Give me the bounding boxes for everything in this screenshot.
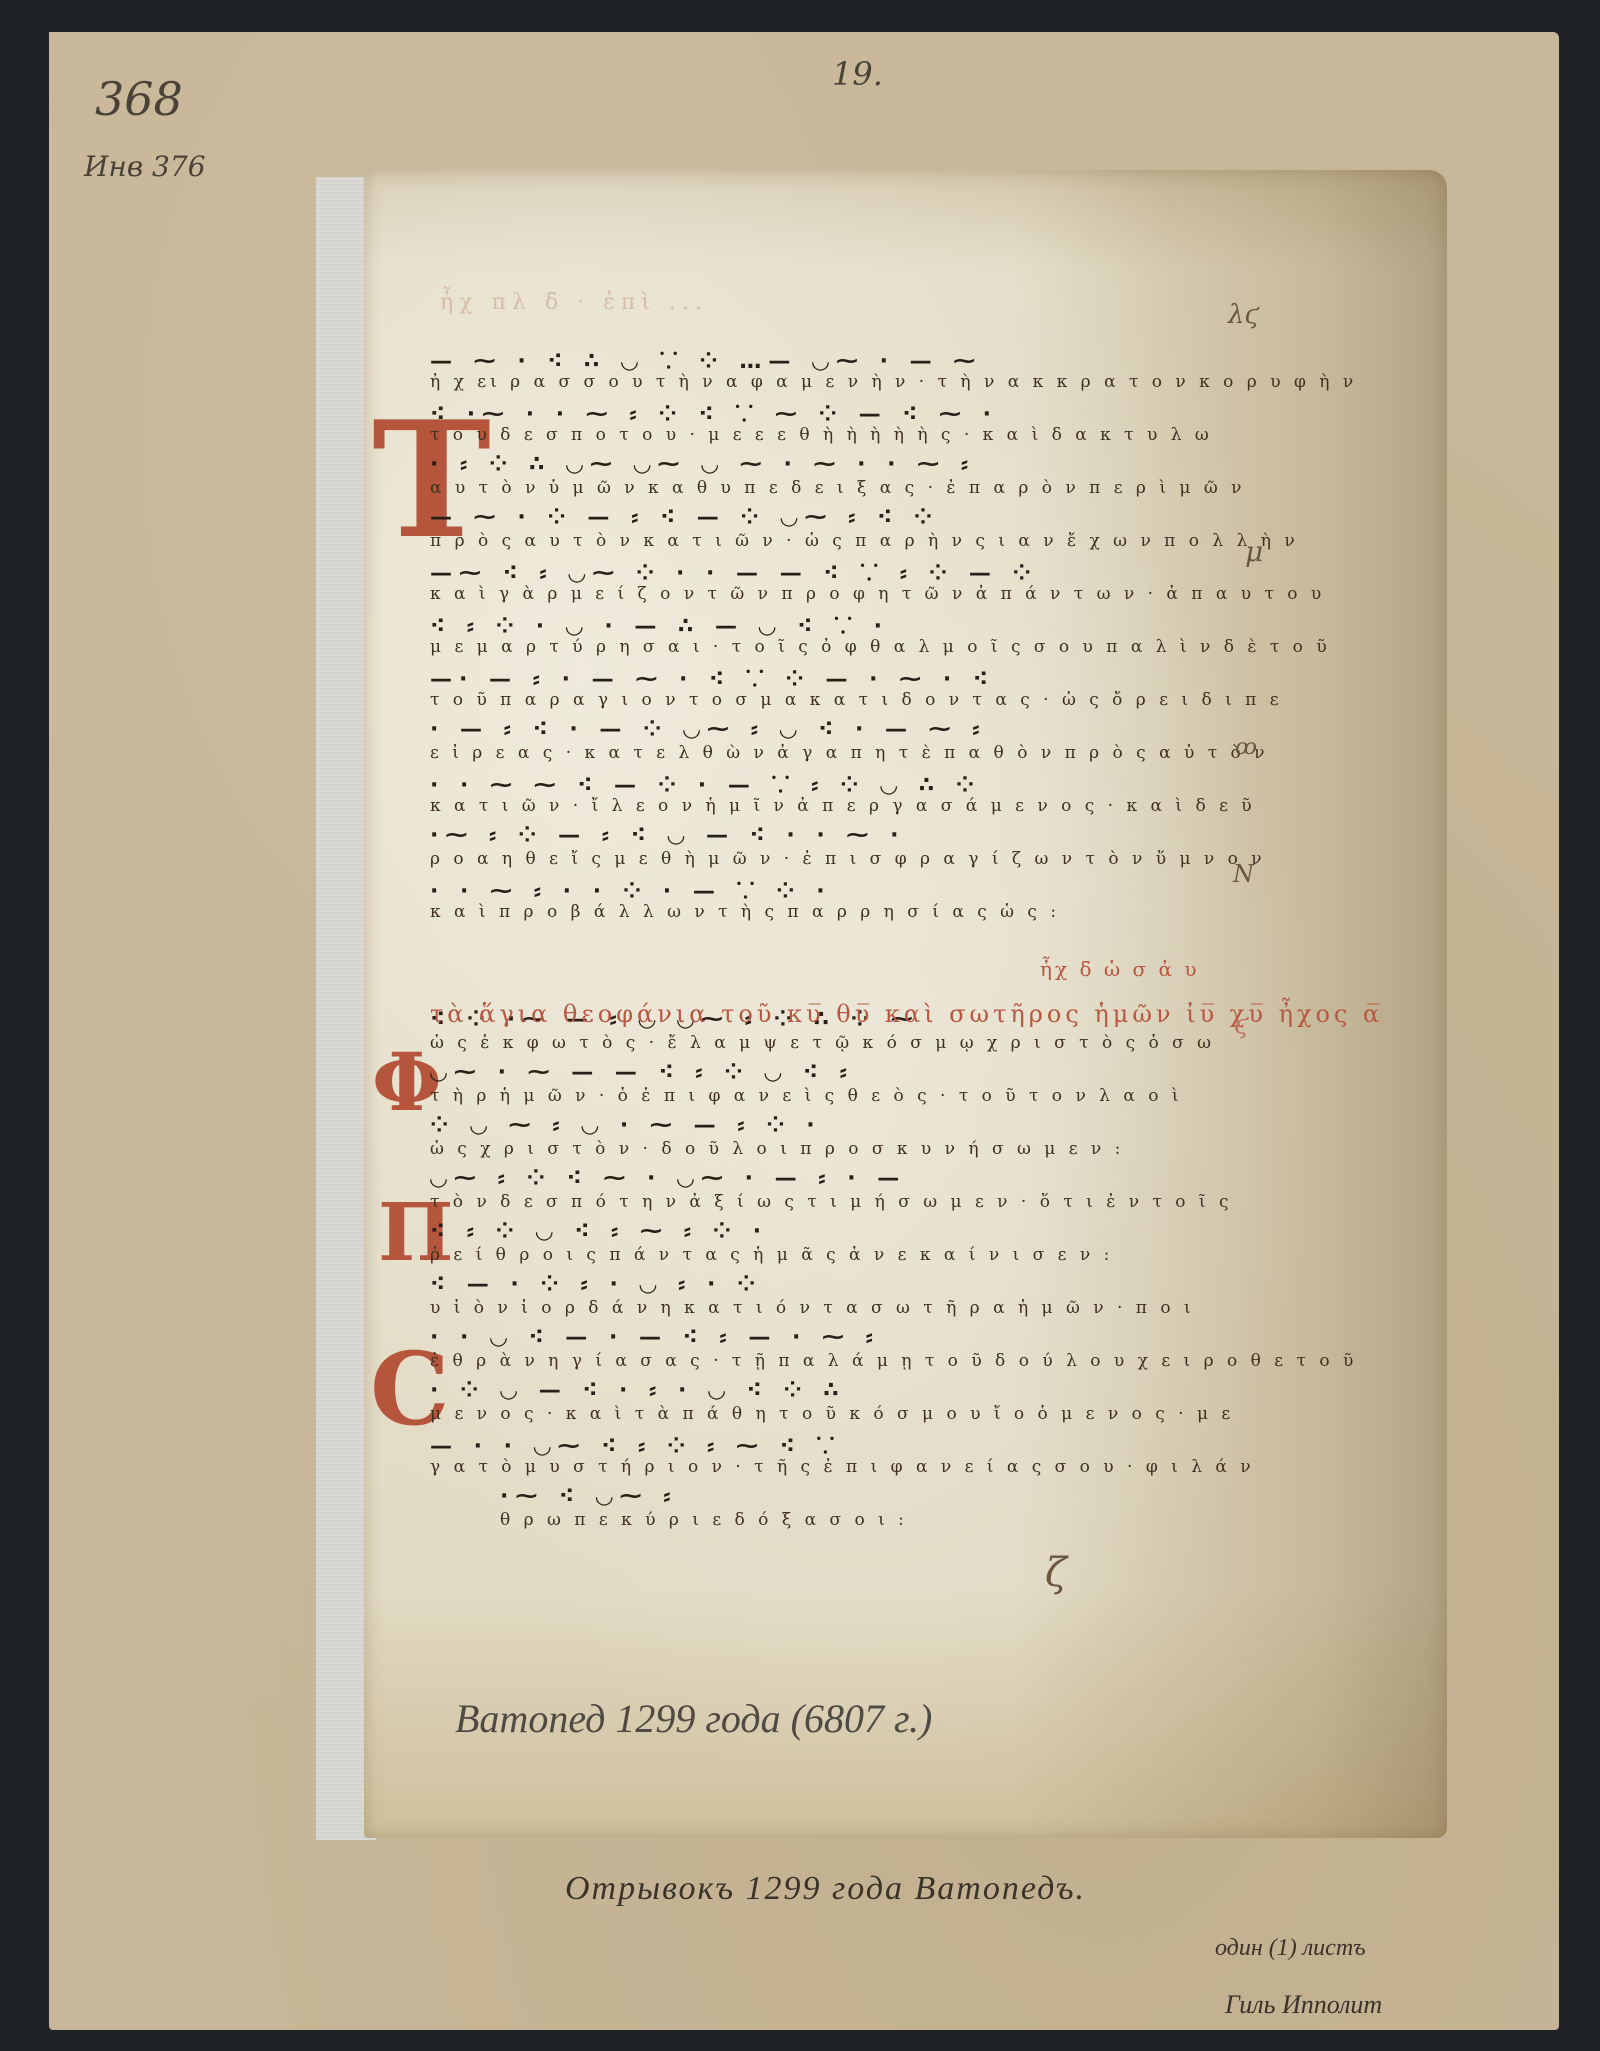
margin-mark: λϛ	[1228, 300, 1259, 330]
neumatic-text: — ⁓ · ⁖ ∴ ◡ ⸪ ⁘ …— ◡⁓ · — ⁓ἠ χ ει ρ α σ …	[430, 345, 1190, 1536]
lyrics: ἠ χ ει ρ α σ σ ο υ τ ὴ ν α φ α μ ε ν ὴ ν…	[430, 372, 1357, 392]
lyrics: α υ τ ὸ ν ὑ μ ῶ ν κ α θ υ π ε δ ε ι ξ α …	[430, 478, 1245, 498]
text-line: · ⸗ ⁘ ∴ ◡⁓ ◡⁓ ◡ ⁓ · ⁓ · · ⁓ ⸗α υ τ ὸ ν ὑ…	[430, 451, 1190, 504]
mount-caption: Отрывокъ 1299 года Ватопедъ.	[565, 1870, 1086, 1908]
lyrics: τ ο ῦ π α ρ α γ ι ο ν τ ο σ μ α κ α τ ι …	[430, 690, 1283, 710]
lyrics: τ ο υ δ ε σ π ο τ ο υ · μ ε ε ε θ ὴ ὴ ὴ …	[430, 425, 1213, 445]
text-line: ·⁓ ⁖ ◡⁓ ⸗θ ρ ω π ε κ ύ ρ ι ε δ ό ξ α σ ο…	[500, 1483, 1190, 1536]
lyrics: κ α τ ι ῶ ν · ἴ λ ε ο ν ἡ μ ῖ ν ἀ π ε ρ …	[430, 796, 1256, 816]
text-line: ·⁓ ⸗ ⁘ — ⸗ ⁖ ◡ — ⁖ · · ⁓ ·ρ ο α η θ ε ἴ …	[430, 822, 1190, 875]
text-line: — ⁓ · ⁖ ∴ ◡ ⸪ ⁘ …— ◡⁓ · — ⁓ἠ χ ει ρ α σ …	[430, 345, 1190, 398]
neumes: —· — ⸗ · — ⁓ · ⁖ ⸪ ⁘ — · ⁓ · ⁖	[430, 663, 995, 693]
margin-mark: ζ	[1045, 1550, 1067, 1596]
neumes: ⁖ ⸗ ⁘ ◡ ⁖ ⸗ ⁓ ⸗ ⁘ ·	[430, 1218, 768, 1244]
lyrics: τ ὴ ρ ἡ μ ῶ ν · ὁ ἐ π ι φ α ν ε ὶ ς θ ε …	[430, 1086, 1183, 1106]
sheet-count-note: один (1) листъ	[1215, 1935, 1366, 1962]
neumes: · ⁘ ◡ — ⁖ · ⸗ · ◡ ⁖ ⁘ ∴	[430, 1377, 846, 1403]
text-line: ◡⁓ ⸗ ⁘ ⁖ ⁓ · ◡⁓ · — ⸗ · —τ ὸ ν δ ε σ π ό…	[430, 1165, 1190, 1218]
folio-number: 368	[95, 72, 183, 126]
text-line: ⁖ ⸗ ⁘ ◡ ⁖ ⸗ ⁓ ⸗ ⁘ ·ῥ ε ί θ ρ ο ι ς π ά ν…	[430, 1218, 1190, 1271]
neumes: ⁖ ⸗ ⁘ · ◡ · — ∴ — ◡ ⁖ ⸪ ·	[430, 610, 889, 640]
text-line: — ⁓ · ⁘ — ⸗ ⁖ — ⁘ ◡⁓ ⸗ ⁖ ⁘π ρ ὸ ς α υ τ …	[430, 504, 1190, 557]
neumes: ◡⁓ ⸗ ⁘ ⁖ ⁓ · ◡⁓ · — ⸗ · —	[430, 1165, 906, 1191]
neumes: — ⁓ · ⁖ ∴ ◡ ⸪ ⁘ …— ◡⁓ · — ⁓	[430, 345, 982, 375]
neumes: ⁖ ·⁓ · · ⁓ ⸗ ⁘ ⁖ ⸪ ⁓ ⁘ — ⁖ ⁓ ·	[430, 398, 998, 428]
lyrics: μ ε μ α ρ τ ύ ρ η σ α ι · τ ο ῖ ς ὀ φ θ …	[430, 637, 1331, 657]
neumes: · ⸗ ⁘ ∴ ◡⁓ ◡⁓ ◡ ⁓ · ⁓ · · ⁓ ⸗	[430, 451, 975, 477]
lyrics: ἐ θ ρ ὰ ν η γ ί α σ α ς · τ ῇ π α λ ά μ …	[430, 1351, 1357, 1371]
neumes: —⁓ ⁖ ⸗ ◡⁓ ⁘ · · — — ⁖ ⸪ ⸗ ⁘ — ⁘	[430, 557, 1038, 587]
text-line: ◡⁓ · ⁓ — — ⁖ ⸗ ⁘ ◡ ⁖ ⸗τ ὴ ρ ἡ μ ῶ ν · ὁ …	[430, 1059, 1190, 1112]
neumes: ·⁓ ⁖ ◡⁓ ⸗	[500, 1483, 678, 1509]
lyrics: θ ρ ω π ε κ ύ ρ ι ε δ ό ξ α σ ο ι :	[500, 1510, 908, 1530]
date-note: Ватопед 1299 года (6807 г.)	[455, 1695, 932, 1742]
lyrics: ὡ ς χ ρ ι σ τ ὸ ν · δ ο ῦ λ ο ι π ρ ο σ …	[430, 1139, 1124, 1159]
lyrics: τ ὸ ν δ ε σ π ό τ η ν ἀ ξ ί ω ς τ ι μ ή …	[430, 1192, 1233, 1212]
lyrics: π ρ ὸ ς α υ τ ὸ ν κ α τ ι ῶ ν · ὡ ς π α …	[430, 531, 1299, 551]
faint-offset-heading: ἦχ πλ δ̄ · ἐπὶ ...	[440, 290, 708, 316]
neumes: — ⁓ · ⁘ — ⸗ ⁖ — ⁘ ◡⁓ ⸗ ⁖ ⁘	[430, 504, 939, 530]
neumes: ⁖ — · ⁘ ⸗ · ◡ ⸗ · ⁘	[430, 1271, 762, 1297]
text-line: —· — ⸗ · — ⁓ · ⁖ ⸪ ⁘ — · ⁓ · ⁖τ ο ῦ π α …	[430, 663, 1190, 716]
text-line: ⁖ — · ⁘ ⸗ · ◡ ⸗ · ⁘υ ἱ ὸ ν ἰ ο ρ δ ά ν η…	[430, 1271, 1190, 1324]
neumes: ◡⁓ · ⁓ — — ⁖ ⸗ ⁘ ◡ ⁖ ⸗	[430, 1059, 854, 1085]
text-line: ⁘ ◡ ⁓ ⸗ ◡ · ⁓ — ⸗ ⁘ ·ὡ ς χ ρ ι σ τ ὸ ν ·…	[430, 1112, 1190, 1165]
lyrics: κ α ὶ π ρ ο β ά λ λ ω ν τ ὴ ς π α ρ ρ η …	[430, 902, 1060, 922]
neumes: · — ⸗ ⁖ · — ⁘ ◡⁓ ⸗ ◡ ⁖ · — ⁓ ⸗	[430, 716, 987, 742]
lyrics: υ ἱ ὸ ν ἰ ο ρ δ ά ν η κ α τ ι ό ν τ α σ …	[430, 1298, 1195, 1318]
margin-mark: ϛ	[1234, 1010, 1249, 1040]
signature: Гиль Ипполит	[1225, 1990, 1382, 2020]
text-line: — · · ◡⁓ ⁖ ⸗ ⁘ ⸗ ⁓ ⁖ ⸪γ α τ ὸ μ υ σ τ ή …	[430, 1430, 1190, 1483]
text-line: —⁓ ⁖ ⸗ ◡⁓ ⁘ · · — — ⁖ ⸪ ⸗ ⁘ — ⁘κ α ὶ γ ὰ…	[430, 557, 1190, 610]
rubric-mode-sign: ἦχ δ̄ ὡ σ ἀ υ	[1040, 957, 1200, 981]
page-number: 19.	[832, 55, 883, 93]
margin-mark: Ν	[1233, 860, 1254, 888]
neumes: · · ◡ ⁖ — · — ⁖ ⸗ — · ⁓ ⸗	[430, 1324, 880, 1350]
lyrics: ε ἰ ρ ε α ς · κ α τ ε λ θ ὼ ν ἀ γ α π η …	[430, 743, 1269, 763]
lyrics: ὡ ς ἐ κ φ ω τ ὸ ς · ἔ λ α μ ψ ε τ ῷ κ ό …	[430, 1033, 1215, 1053]
neumes: — · · ◡⁓ ⁖ ⸗ ⁘ ⸗ ⁓ ⁖ ⸪	[430, 1430, 841, 1460]
lyrics: γ α τ ὸ μ υ σ τ ή ρ ι ο ν · τ ῆ ς ἐ π ι …	[430, 1457, 1255, 1477]
inventory-number: Инв 376	[84, 150, 206, 183]
margin-mark: μ	[1245, 535, 1263, 568]
neumes: ⁘ ◡ ⁓ ⸗ ◡ · ⁓ — ⸗ ⁘ ·	[430, 1112, 822, 1138]
text-line: ⁖ ·⁓ · · ⁓ ⸗ ⁘ ⁖ ⸪ ⁓ ⁘ — ⁖ ⁓ ·τ ο υ δ ε …	[430, 398, 1190, 451]
text-line: · — ⸗ ⁖ · — ⁘ ◡⁓ ⸗ ◡ ⁖ · — ⁓ ⸗ε ἰ ρ ε α …	[430, 716, 1190, 769]
neumes: · · ⁓ ⁓ ⁖ — ⁘ · — ⸪ ⸗ ⁘ ◡ ∴ ⁘	[430, 769, 981, 799]
text-line: · · ⁓ ⸗ · · ⁘ · — ⸪ ⁘ ·κ α ὶ π ρ ο β ά λ…	[430, 875, 1190, 928]
lyrics: κ α ὶ γ ὰ ρ μ ε ί ζ ο ν τ ῶ ν π ρ ο φ η …	[430, 584, 1325, 604]
text-line: · · ◡ ⁖ — · — ⁖ ⸗ — · ⁓ ⸗ἐ θ ρ ὰ ν η γ ί…	[430, 1324, 1190, 1377]
lyrics: ρ ο α η θ ε ἴ ς μ ε θ ὴ μ ῶ ν · ἐ π ι σ …	[430, 849, 1266, 869]
neumes: · · ⁓ ⸗ · · ⁘ · — ⸪ ⁘ ·	[430, 875, 832, 905]
neumes: ·⁓ ⸗ ⁘ — ⸗ ⁖ ◡ — ⁖ · · ⁓ ·	[430, 822, 905, 848]
text-line: ⁖ ⸗ ⁘ · ◡ · — ∴ — ◡ ⁖ ⸪ ·μ ε μ α ρ τ ύ ρ…	[430, 610, 1190, 663]
text-line: · · ⁓ ⁓ ⁖ — ⁘ · — ⸪ ⸗ ⁘ ◡ ∴ ⁘κ α τ ι ῶ ν…	[430, 769, 1190, 822]
lyrics: μ ε ν ο ς · κ α ὶ τ ὰ π ά θ η τ ο ῦ κ ό …	[430, 1404, 1234, 1424]
text-line: · ⁘ ◡ — ⁖ · ⸗ · ◡ ⁖ ⁘ ∴μ ε ν ο ς · κ α ὶ…	[430, 1377, 1190, 1430]
lyrics: ῥ ε ί θ ρ ο ι ς π ά ν τ α ς ἡ μ ᾶ ς ἀ ν …	[430, 1245, 1113, 1265]
margin-mark: ꝏ	[1235, 735, 1257, 760]
